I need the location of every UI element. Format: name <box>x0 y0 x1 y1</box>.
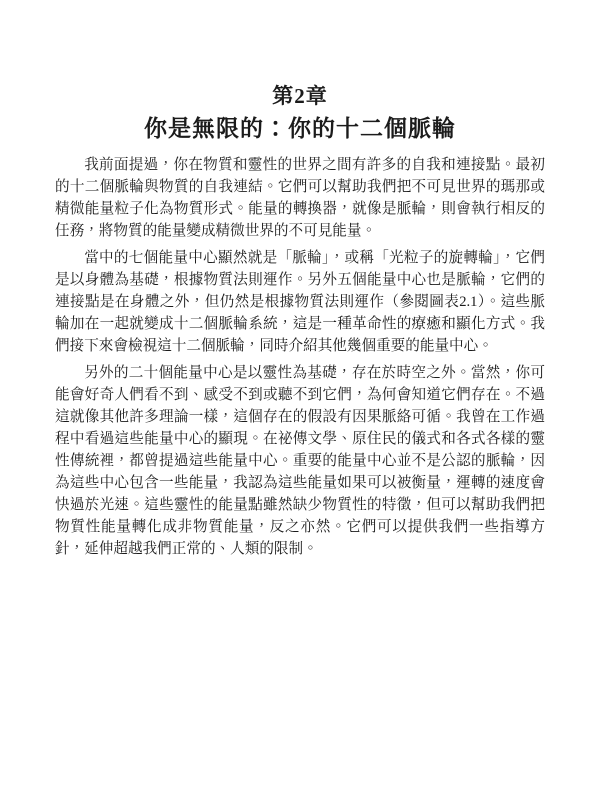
document-page: 第2章 你是無限的：你的十二個脈輪 我前面提過，你在物質和靈性的世界之間有許多的… <box>0 0 600 785</box>
body-paragraph: 另外的二十個能量中心是以靈性為基礎，存在於時空之外。當然，你可能會好奇人們看不到… <box>55 362 545 560</box>
chapter-number: 第2章 <box>55 82 545 110</box>
body-text: 我前面提過，你在物質和靈性的世界之間有許多的自我和連接點。最初的十二個脈輪與物質… <box>55 154 545 560</box>
body-paragraph: 當中的七個能量中心顯然就是「脈輪」，或稱「光粒子的旋轉輪」，它們是以身體為基礎，… <box>55 247 545 357</box>
body-paragraph: 我前面提過，你在物質和靈性的世界之間有許多的自我和連接點。最初的十二個脈輪與物質… <box>55 154 545 242</box>
page-content: 第2章 你是無限的：你的十二個脈輪 我前面提過，你在物質和靈性的世界之間有許多的… <box>0 82 600 560</box>
chapter-title: 你是無限的：你的十二個脈輪 <box>55 112 545 145</box>
